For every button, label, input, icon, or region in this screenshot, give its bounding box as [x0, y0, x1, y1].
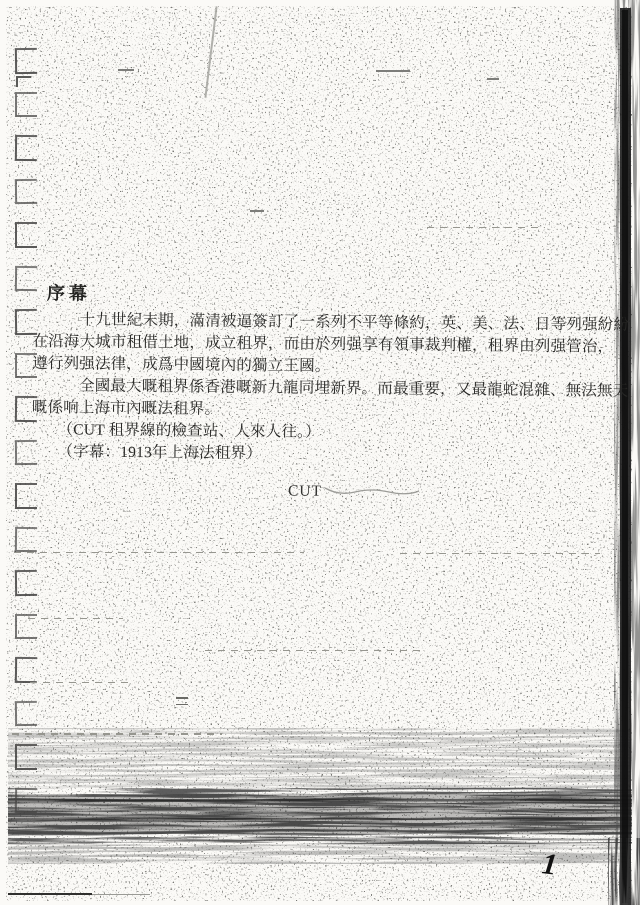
- binding-hole: [15, 700, 37, 725]
- binding-hole: [15, 178, 37, 203]
- right-corner-dark: [608, 838, 640, 905]
- scan-artifact: [376, 70, 410, 72]
- script-line: （字幕：1913年上海法租界）: [31, 441, 611, 469]
- bottom-streak-band: [8, 788, 632, 844]
- binding-hole: [15, 744, 37, 770]
- binding-hole: [15, 614, 37, 639]
- binding-hole: [15, 787, 37, 812]
- scan-artifact: [204, 6, 217, 98]
- binding-hole: [15, 570, 37, 596]
- page-number: 1: [540, 847, 559, 883]
- right-edge-core: [622, 10, 628, 903]
- scan-artifact: [400, 553, 600, 554]
- scanned-script-page: 序幕 十九世紀末期，滿清被逼簽訂了一系列不平等條約，英、美、法、日等列强紛紛 在…: [0, 0, 640, 905]
- streak-band-faint: [8, 728, 630, 788]
- streak-line: [8, 799, 632, 802]
- scan-artifact: [118, 69, 134, 71]
- right-edge-band: [620, 8, 631, 905]
- binding-hole: [15, 526, 37, 551]
- scan-artifact: [205, 650, 420, 651]
- scan-artifact: [487, 78, 499, 80]
- scan-artifact: [427, 227, 545, 228]
- bottom-streak-haze: [8, 794, 632, 834]
- scene-heading: 序幕: [47, 282, 613, 309]
- binding-hole: [15, 92, 37, 117]
- streak-line: [8, 818, 632, 820]
- scan-artifact: [250, 210, 264, 212]
- binding-hole: [15, 135, 37, 161]
- binding-hole: [15, 657, 37, 683]
- right-edge-streaks: [614, 0, 640, 905]
- scan-artifact: [92, 894, 150, 895]
- binding-hole: [15, 222, 37, 248]
- scan-artifact: [176, 697, 188, 705]
- streak-band-tail: [8, 842, 628, 864]
- binding-hole: [15, 48, 37, 74]
- script-text-block: 序幕 十九世紀末期，滿清被逼簽訂了一系列不平等條約，英、美、法、日等列强紛紛 在…: [31, 282, 613, 506]
- scan-artifact: [14, 552, 304, 553]
- cut-marker: CUT: [31, 478, 611, 506]
